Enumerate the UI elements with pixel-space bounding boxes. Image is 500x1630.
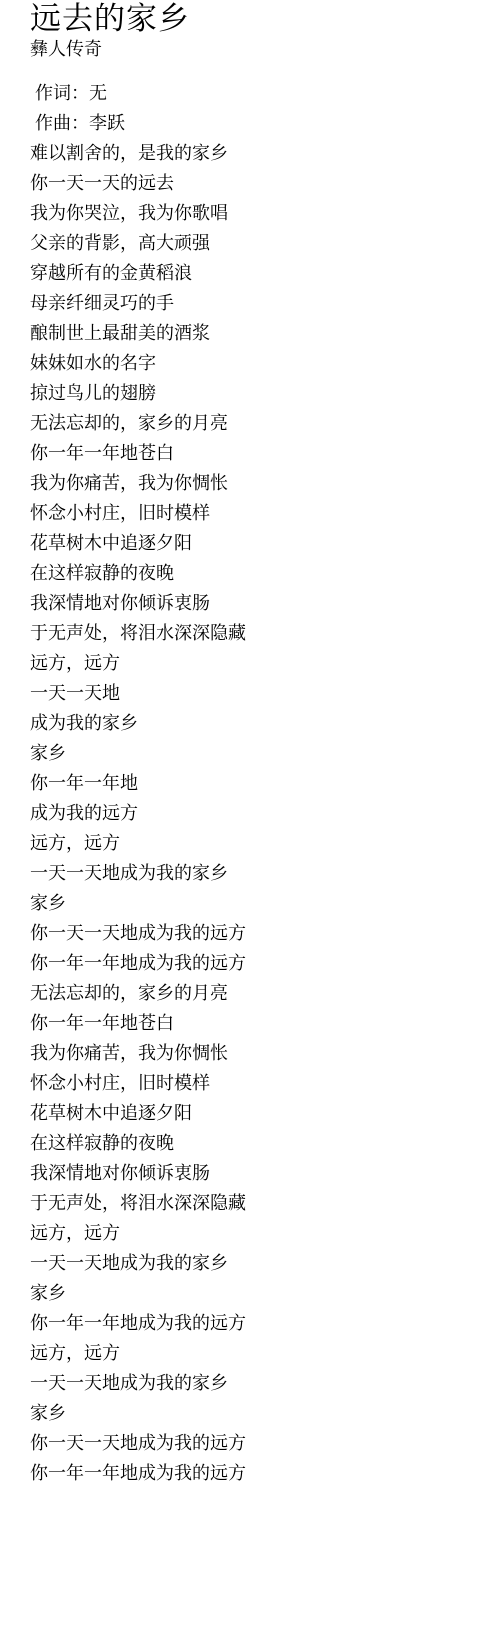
lyric-line: 一天一天地成为我的家乡 [30,1369,500,1399]
lyric-line: 远方，远方 [30,829,500,859]
lyric-line: 父亲的背影，高大顽强 [30,229,500,259]
lyric-line: 母亲纤细灵巧的手 [30,289,500,319]
lyric-line: 一天一天地成为我的家乡 [30,859,500,889]
lyric-line: 一天一天地成为我的家乡 [30,1249,500,1279]
lyric-line: 我为你哭泣，我为你歌唱 [30,199,500,229]
lyric-line: 妹妹如水的名字 [30,349,500,379]
lyric-line: 酿制世上最甜美的酒浆 [30,319,500,349]
lyric-line: 怀念小村庄，旧时模样 [30,1069,500,1099]
lyric-line: 远方，远方 [30,1219,500,1249]
lyric-line: 于无声处，将泪水深深隐藏 [30,1189,500,1219]
lyric-line: 无法忘却的，家乡的月亮 [30,409,500,439]
credit-line: 作词：无 [30,79,500,109]
lyric-line: 成为我的远方 [30,799,500,829]
lyric-line: 家乡 [30,739,500,769]
lyric-line: 于无声处，将泪水深深隐藏 [30,619,500,649]
song-title: 远去的家乡 [30,0,500,38]
lyric-line: 你一年一年地成为我的远方 [30,1309,500,1339]
lyrics-block: 难以割舍的，是我的家乡你一天一天的远去我为你哭泣，我为你歌唱父亲的背影，高大顽强… [30,139,500,1489]
lyric-line: 我深情地对你倾诉衷肠 [30,1159,500,1189]
lyric-line: 在这样寂静的夜晚 [30,559,500,589]
lyric-line: 你一天一天地成为我的远方 [30,919,500,949]
lyric-line: 你一年一年地成为我的远方 [30,949,500,979]
lyric-line: 远方，远方 [30,1339,500,1369]
lyric-line: 掠过鸟儿的翅膀 [30,379,500,409]
credit-line: 作曲：李跃 [30,109,500,139]
lyric-line: 一天一天地 [30,679,500,709]
lyric-line: 难以割舍的，是我的家乡 [30,139,500,169]
lyric-line: 你一年一年地 [30,769,500,799]
lyric-line: 花草树木中追逐夕阳 [30,529,500,559]
lyric-line: 我深情地对你倾诉衷肠 [30,589,500,619]
lyric-line: 家乡 [30,889,500,919]
lyric-line: 家乡 [30,1399,500,1429]
lyric-line: 家乡 [30,1279,500,1309]
lyrics-page: 远去的家乡 彝人传奇 作词：无作曲：李跃 难以割舍的，是我的家乡你一天一天的远去… [0,0,500,1489]
lyric-line: 你一年一年地苍白 [30,1009,500,1039]
lyric-line: 远方，远方 [30,649,500,679]
lyric-line: 穿越所有的金黄稻浪 [30,259,500,289]
lyric-line: 成为我的家乡 [30,709,500,739]
lyric-line: 我为你痛苦，我为你惆怅 [30,469,500,499]
credits-block: 作词：无作曲：李跃 [30,79,500,139]
lyric-line: 你一天一天的远去 [30,169,500,199]
lyric-line: 你一天一天地成为我的远方 [30,1429,500,1459]
lyric-line: 你一年一年地苍白 [30,439,500,469]
lyric-line: 你一年一年地成为我的远方 [30,1459,500,1489]
lyric-line: 在这样寂静的夜晚 [30,1129,500,1159]
lyric-line: 我为你痛苦，我为你惆怅 [30,1039,500,1069]
lyric-line: 无法忘却的，家乡的月亮 [30,979,500,1009]
lyric-line: 怀念小村庄，旧时模样 [30,499,500,529]
lyric-line: 花草树木中追逐夕阳 [30,1099,500,1129]
artist-name: 彝人传奇 [30,38,500,62]
